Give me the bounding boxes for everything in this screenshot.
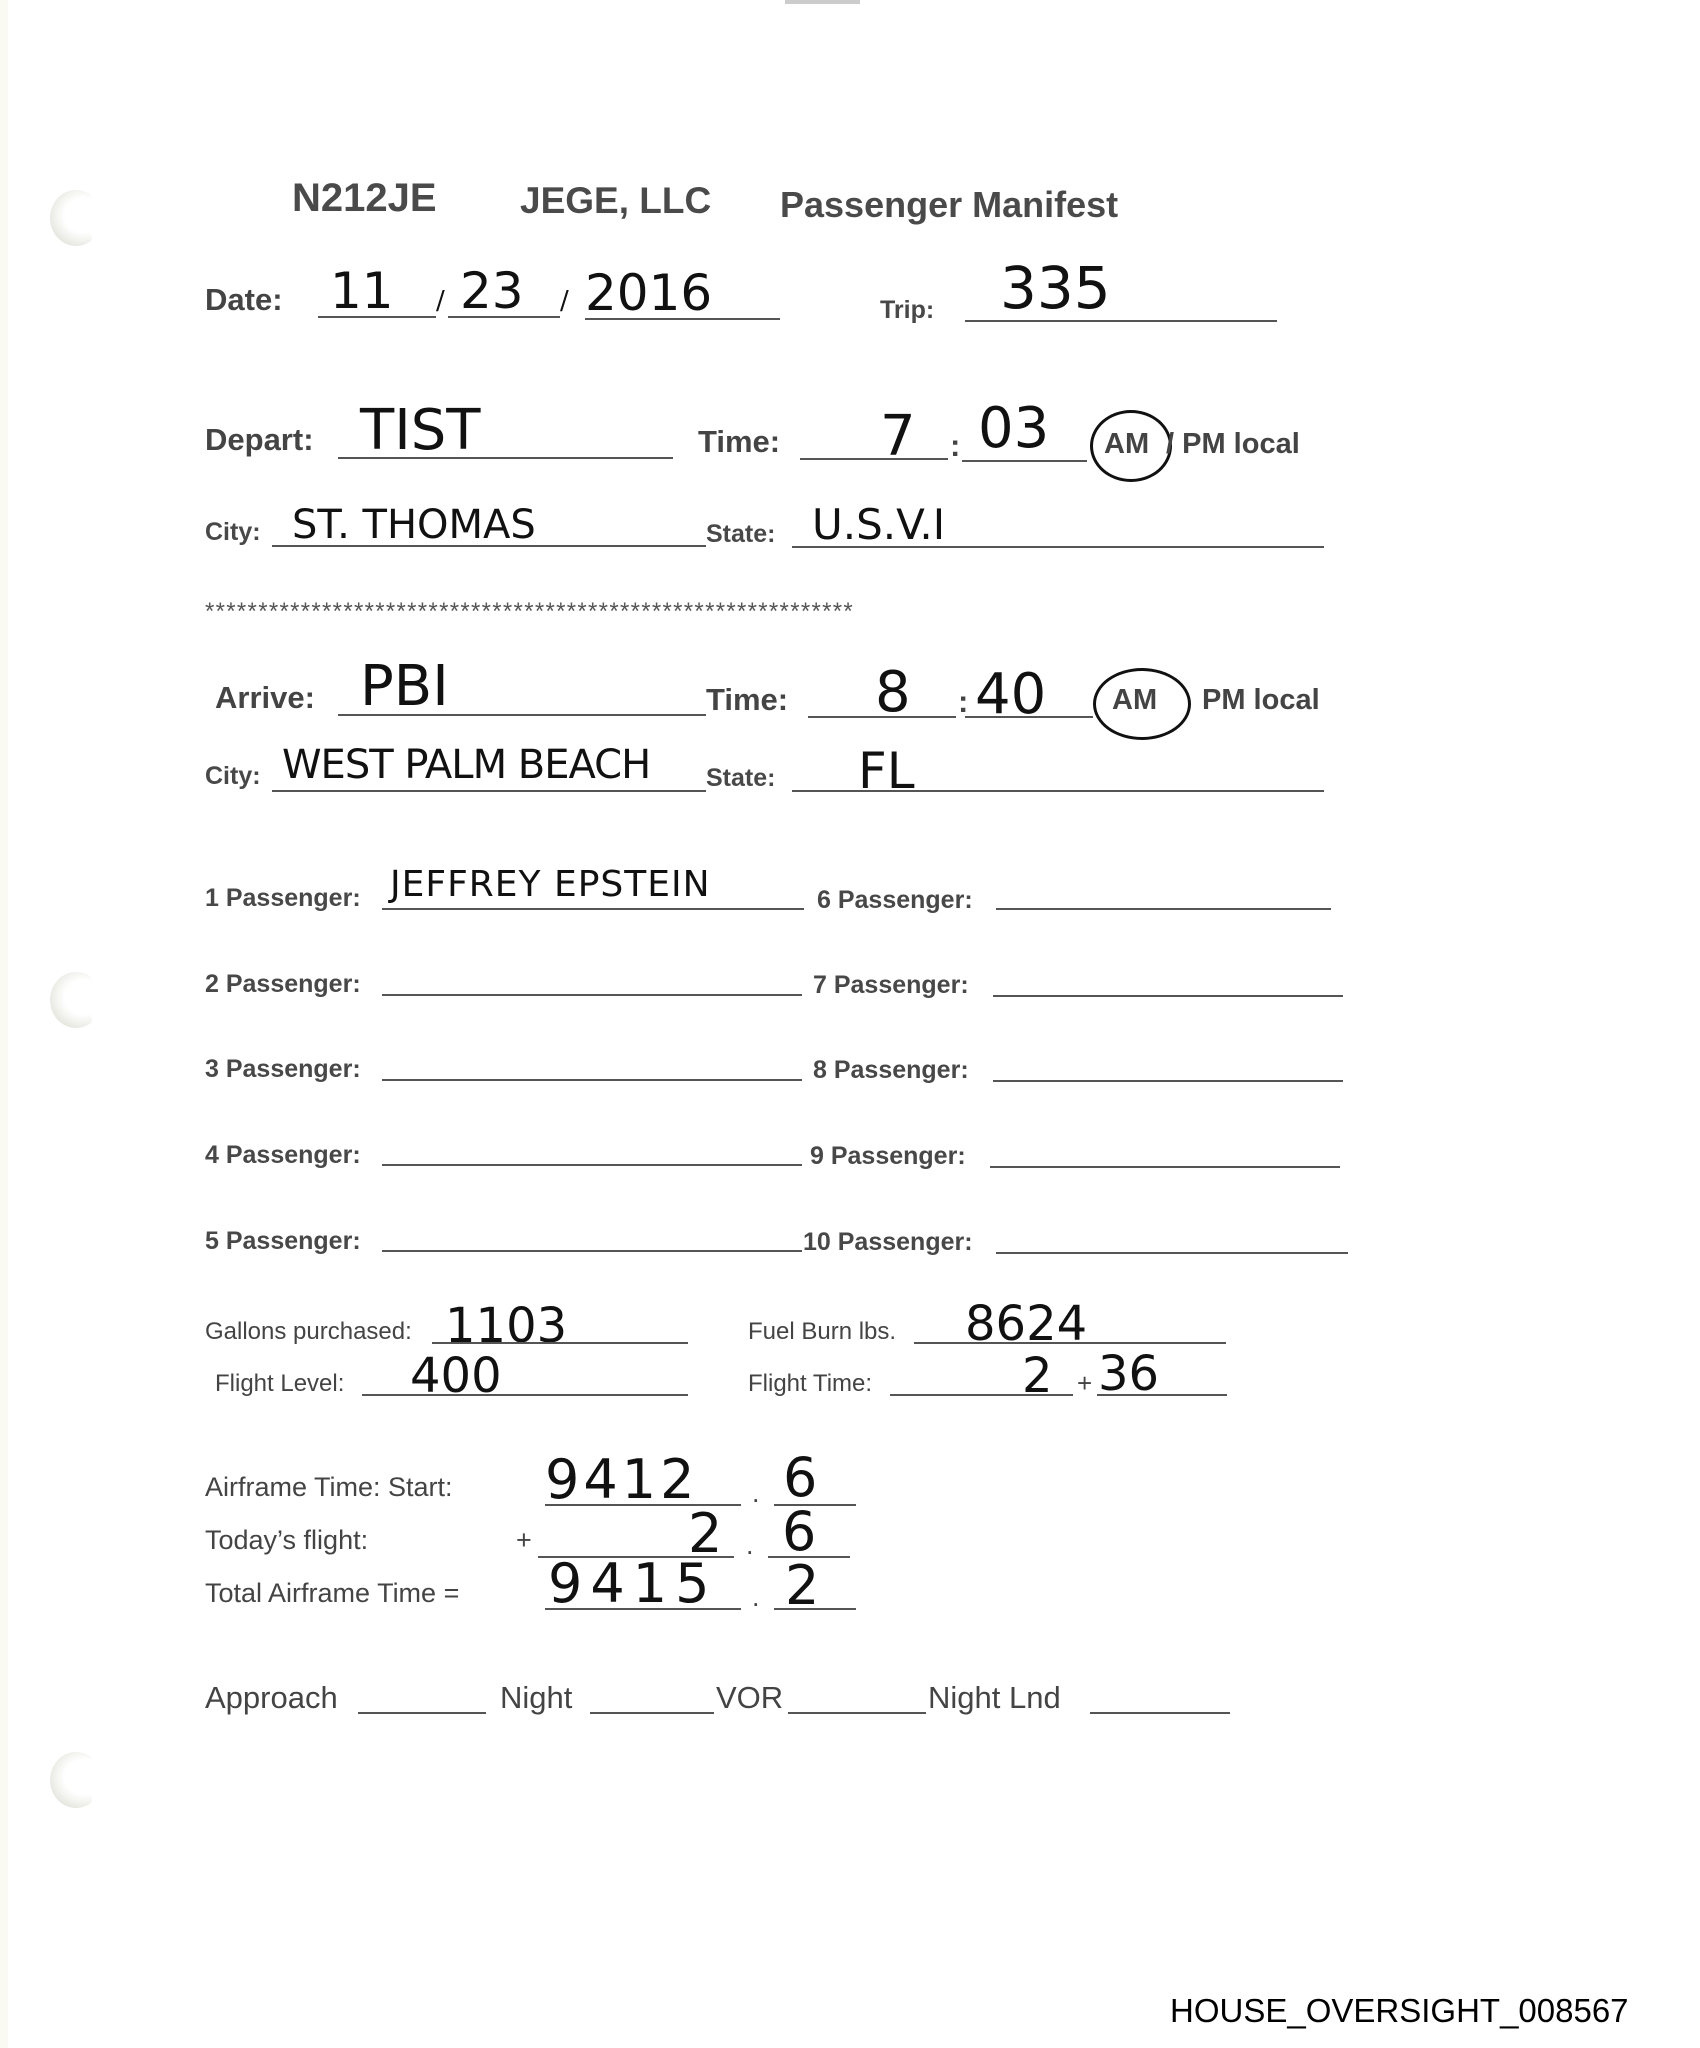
page-title: Passenger Manifest (780, 184, 1118, 226)
scan-mark (785, 0, 860, 4)
vor-field[interactable] (788, 1712, 926, 1714)
night-landing-label: Night Lnd (928, 1680, 1061, 1716)
arrive-am-option[interactable]: AM (1112, 684, 1157, 717)
passenger-9-label: 9 Passenger: (810, 1142, 966, 1171)
depart-time-label: Time: (698, 424, 780, 460)
depart-label: Depart: (205, 422, 314, 458)
gallons-label: Gallons purchased: (205, 1318, 412, 1346)
tail-number: N212JE (292, 176, 437, 221)
fuel-burn-label: Fuel Burn lbs. (748, 1318, 896, 1346)
hole-punch (50, 972, 102, 1028)
date-separator: / (560, 286, 569, 316)
airframe-start-label: Airframe Time: Start: (205, 1472, 453, 1503)
arrive-city[interactable]: WEST PALM BEACH (282, 742, 650, 788)
passenger-8-label: 8 Passenger: (813, 1056, 969, 1085)
hole-punch (50, 190, 102, 246)
gallons-value[interactable]: 1103 (445, 1298, 567, 1354)
arrive-state-label: State: (706, 764, 775, 793)
decimal-point: . (752, 1478, 760, 1509)
passenger-2-field[interactable] (382, 994, 802, 996)
depart-city-label: City: (205, 518, 261, 547)
passenger-1-label: 1 Passenger: (205, 884, 361, 913)
passenger-2-label: 2 Passenger: (205, 970, 361, 999)
flight-level-label: Flight Level: (215, 1370, 344, 1398)
arrive-city-label: City: (205, 762, 261, 791)
passenger-6-label: 6 Passenger: (817, 886, 973, 915)
depart-colon: : (950, 428, 960, 464)
passenger-3-field[interactable] (382, 1079, 802, 1081)
passenger-9-field[interactable] (990, 1166, 1340, 1168)
depart-minute[interactable]: 03 (978, 396, 1049, 461)
passenger-6-field[interactable] (996, 908, 1331, 910)
hole-punch (50, 1752, 102, 1808)
trip-number[interactable]: 335 (1000, 254, 1111, 322)
depart-airport[interactable]: TIST (360, 398, 480, 463)
passenger-10-label: 10 Passenger: (803, 1228, 973, 1257)
company-name: JEGE, LLC (520, 180, 711, 222)
passenger-3-label: 3 Passenger: (205, 1055, 361, 1084)
page-edge (0, 0, 8, 2048)
date-month[interactable]: 11 (330, 262, 394, 320)
passenger-5-label: 5 Passenger: (205, 1227, 361, 1256)
todays-flight-label: Today’s flight: (205, 1525, 368, 1556)
passenger-7-label: 7 Passenger: (813, 971, 969, 1000)
plus-sign: + (516, 1525, 532, 1556)
passenger-8-field[interactable] (993, 1080, 1343, 1082)
passenger-4-field[interactable] (382, 1164, 802, 1166)
date-day[interactable]: 23 (460, 262, 524, 320)
night-landing-field[interactable] (1090, 1712, 1230, 1714)
date-separator: / (436, 286, 445, 316)
arrive-colon: : (958, 684, 968, 720)
date-label: Date: (205, 282, 283, 318)
total-airframe-label: Total Airframe Time = (205, 1578, 459, 1609)
arrive-time-label: Time: (706, 682, 788, 718)
passenger-7-field[interactable] (993, 995, 1343, 997)
depart-state-label: State: (706, 520, 775, 549)
passenger-4-label: 4 Passenger: (205, 1141, 361, 1170)
passenger-1-name[interactable]: JEFFREY EPSTEIN (390, 864, 711, 905)
depart-am-option[interactable]: AM (1104, 428, 1149, 461)
arrive-airport[interactable]: PBI (360, 654, 449, 719)
night-label: Night (500, 1680, 572, 1716)
arrive-pm-option[interactable]: PM local (1202, 684, 1320, 717)
arrive-label: Arrive: (215, 680, 315, 716)
airframe-start-whole[interactable]: 9412 (545, 1448, 698, 1511)
trip-label: Trip: (880, 296, 934, 325)
flight-time-separator: + (1077, 1368, 1092, 1399)
total-airframe-whole[interactable]: 9415 (548, 1552, 717, 1615)
decimal-point: . (746, 1530, 754, 1561)
vor-label: VOR (716, 1680, 783, 1716)
night-field[interactable] (590, 1712, 714, 1714)
asterisk-divider: ****************************************… (205, 598, 854, 626)
date-year[interactable]: 2016 (585, 264, 712, 322)
approach-field[interactable] (358, 1712, 486, 1714)
depart-state[interactable]: U.S.V.I (812, 500, 945, 549)
passenger-5-field[interactable] (382, 1250, 802, 1252)
depart-city[interactable]: ST. THOMAS (292, 502, 536, 548)
flight-time-label: Flight Time: (748, 1370, 872, 1398)
approach-label: Approach (205, 1680, 338, 1716)
decimal-point: . (752, 1582, 760, 1613)
bates-number: HOUSE_OVERSIGHT_008567 (1170, 1992, 1629, 2030)
depart-pm-option[interactable]: / PM local (1166, 428, 1300, 461)
passenger-10-field[interactable] (996, 1252, 1348, 1254)
